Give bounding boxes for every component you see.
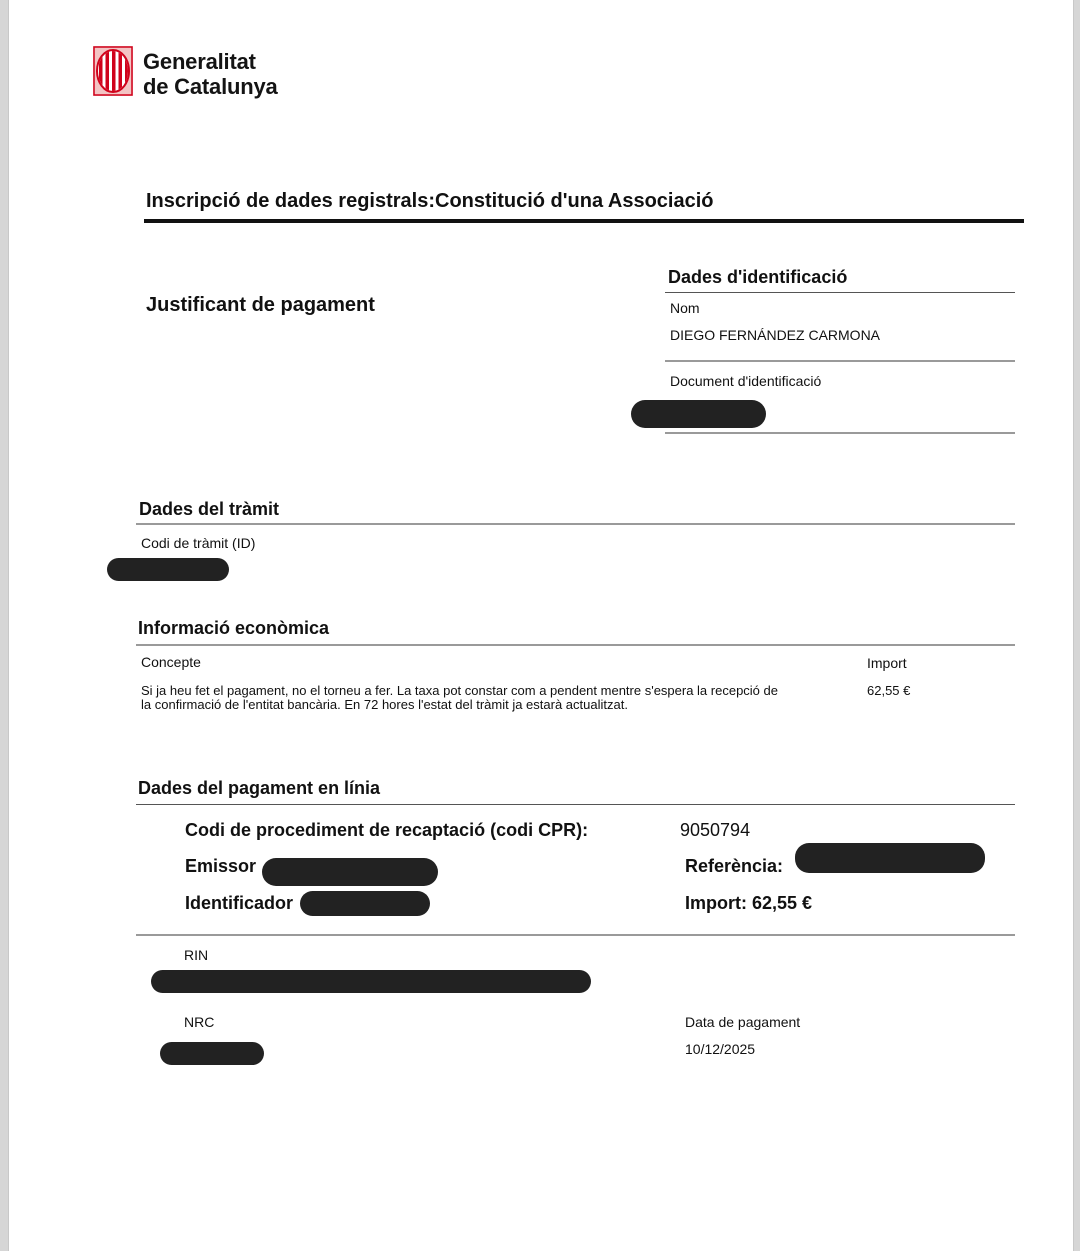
economic-divider [136, 644, 1015, 646]
procedure-code-value-redacted [107, 558, 229, 581]
cpr-value: 9050794 [680, 820, 750, 841]
id-document-value-redacted [631, 400, 766, 428]
nrc-value-redacted [160, 1042, 264, 1065]
reference-label: Referència: [685, 856, 783, 877]
concept-amount: 62,55 € [867, 683, 910, 698]
online-payment-heading: Dades del pagament en línia [138, 778, 380, 799]
name-label: Nom [670, 300, 700, 316]
senyera-shield-icon [93, 46, 133, 96]
payment-date-value: 10/12/2025 [685, 1041, 755, 1057]
concept-header: Concepte [141, 654, 201, 670]
concept-text: Si ja heu fet el pagament, no el torneu … [141, 684, 778, 712]
identification-divider [665, 292, 1015, 293]
import-label-text: Import: [685, 893, 747, 913]
logo-line-2: de Catalunya [143, 74, 278, 99]
reference-value-redacted [795, 843, 985, 873]
concept-line-1: Si ja heu fet el pagament, no el torneu … [141, 684, 778, 698]
document-page: Generalitat de Catalunya Inscripció de d… [8, 0, 1074, 1251]
procedure-heading: Dades del tràmit [139, 499, 279, 520]
online-payment-divider [136, 804, 1015, 805]
identifier-value-redacted [300, 891, 430, 916]
cpr-label: Codi de procediment de recaptació (codi … [185, 820, 588, 841]
import-value: 62,55 € [752, 893, 812, 913]
name-divider [665, 360, 1015, 362]
id-document-divider [665, 432, 1015, 434]
rin-value-redacted [151, 970, 591, 993]
issuer-label: Emissor [185, 856, 256, 877]
payment-date-label: Data de pagament [685, 1014, 800, 1030]
document-title: Inscripció de dades registrals:Constituc… [146, 190, 714, 213]
economic-heading: Informació econòmica [138, 618, 329, 639]
nrc-label: NRC [184, 1014, 214, 1030]
procedure-divider [136, 523, 1015, 525]
amount-header: Import [867, 655, 907, 671]
payment-divider [136, 934, 1015, 936]
logo-wordmark: Generalitat de Catalunya [143, 49, 278, 99]
document-subtitle: Justificant de pagament [146, 294, 375, 317]
id-document-label: Document d'identificació [670, 373, 821, 389]
procedure-code-label: Codi de tràmit (ID) [141, 535, 255, 551]
identification-heading: Dades d'identificació [668, 267, 847, 288]
name-value: DIEGO FERNÁNDEZ CARMONA [670, 327, 880, 343]
logo-line-1: Generalitat [143, 49, 278, 74]
title-divider [144, 219, 1024, 223]
concept-line-2: la confirmació de l'entitat bancària. En… [141, 698, 778, 712]
identifier-label: Identificador [185, 893, 293, 914]
import-label: Import: 62,55 € [685, 893, 812, 914]
issuer-value-redacted [262, 858, 438, 886]
rin-label: RIN [184, 947, 208, 963]
